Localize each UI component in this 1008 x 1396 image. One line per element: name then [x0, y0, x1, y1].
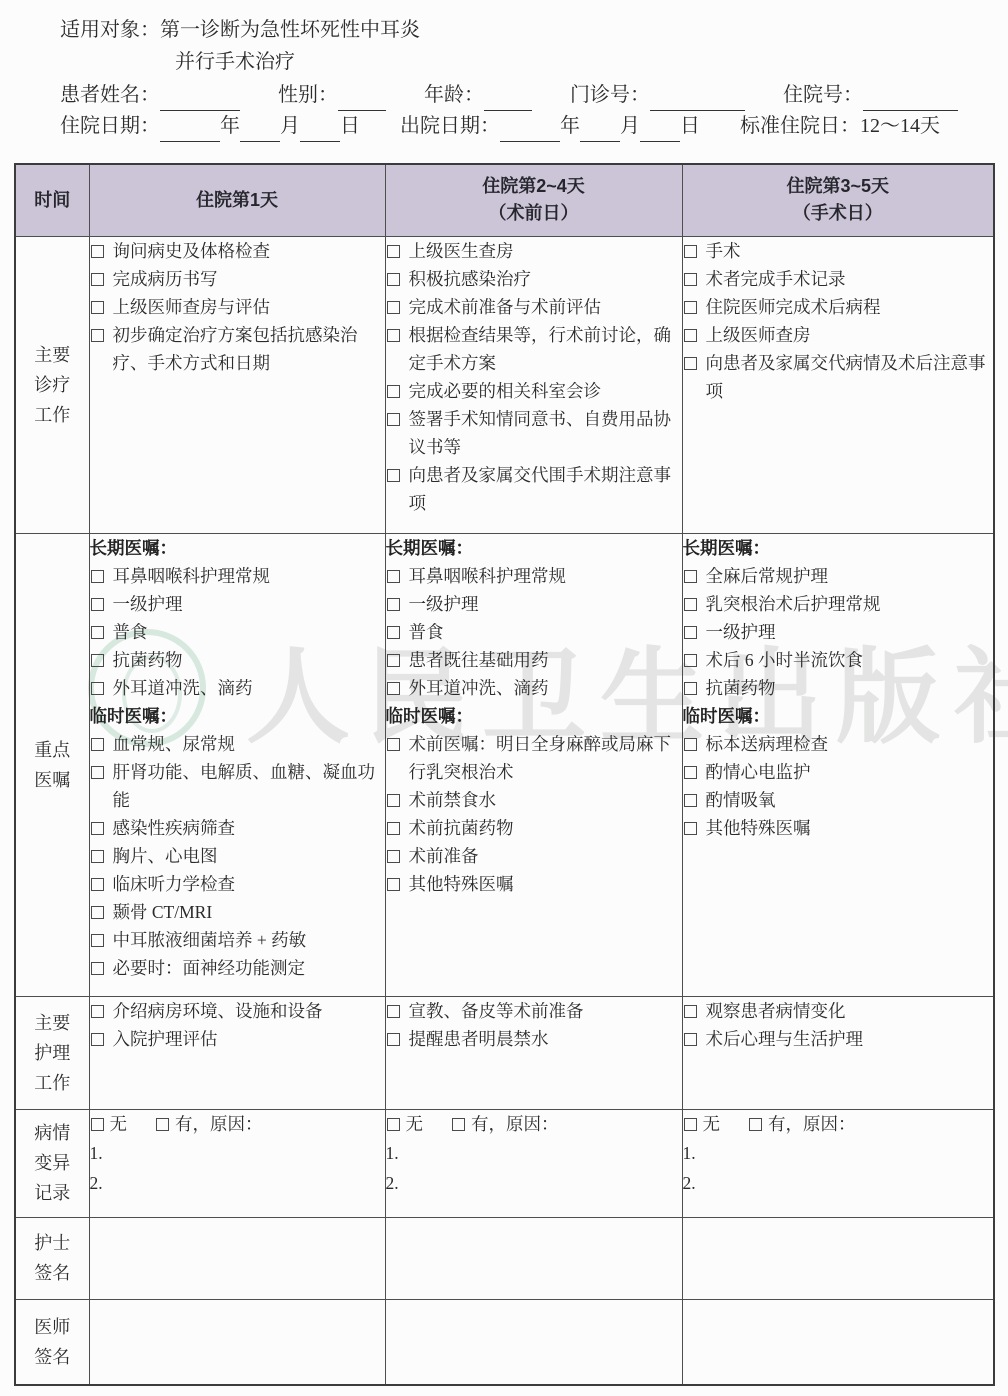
admission-number-label: 住院号：	[783, 80, 863, 111]
row-label-key-orders: 重点医嘱	[15, 533, 89, 996]
row-key-orders: 重点医嘱 长期医嘱：耳鼻咽喉科护理常规一级护理普食抗菌药物外耳道冲洗、滴药临时医…	[15, 533, 994, 996]
checklist-item: 完成病历书写	[90, 265, 385, 293]
checklist-item-label: 一级护理	[409, 590, 682, 618]
checklist-item-label: 向患者及家属交代围手术期注意事项	[409, 461, 682, 517]
checklist-item-label: 上级医师查房	[706, 321, 994, 349]
checklist-item-label: 积极抗感染治疗	[409, 265, 682, 293]
checklist-item-label: 向患者及家属交代病情及术后注意事项	[706, 349, 994, 405]
row-label-main-nursing: 主要护理工作	[15, 996, 89, 1109]
row-label-line: 签名	[16, 1342, 89, 1372]
checklist-item-label: 乳突根治术后护理常规	[706, 590, 994, 618]
checklist-item: 无	[90, 1110, 128, 1138]
row-label-line: 护士	[16, 1228, 89, 1258]
variation-options: 无有，原因：	[90, 1110, 385, 1138]
checklist-item-label: 酌情吸氧	[706, 786, 994, 814]
col-header-day1-label: 住院第1天	[90, 187, 385, 214]
row-label-line: 病情	[16, 1118, 89, 1148]
checkbox-icon	[387, 822, 400, 835]
checkbox-icon	[387, 682, 400, 695]
checkbox-icon	[684, 1033, 697, 1046]
col-header-time: 时间	[15, 164, 89, 236]
checkbox-icon	[387, 570, 400, 583]
clinic-number-field: 门诊号：	[570, 80, 745, 111]
checklist-item-label: 住院医师完成术后病程	[706, 293, 994, 321]
checklist-item-label: 临床听力学检查	[113, 870, 385, 898]
order-category-heading: 临时医嘱：	[90, 702, 385, 730]
checklist-item-label: 耳鼻咽喉科护理常规	[409, 562, 682, 590]
dates-line: 住院日期：年月日 出院日期：年月日 标准住院日：12～14天	[60, 111, 994, 142]
row-label-nurse-signature: 护士签名	[15, 1217, 89, 1299]
checklist-item-label: 术前准备	[409, 842, 682, 870]
checklist-item-label: 根据检查结果等，行术前讨论，确定手术方案	[409, 321, 682, 377]
checklist-item-label: 一级护理	[113, 590, 385, 618]
checklist-item: 有，原因：	[748, 1110, 856, 1138]
checklist-item-label: 胸片、心电图	[113, 842, 385, 870]
checklist-item-label: 宣教、备皮等术前准备	[409, 997, 682, 1025]
checklist-item: 肝肾功能、电解质、血糖、凝血功能	[90, 758, 385, 814]
row-label-line: 护理	[16, 1038, 89, 1068]
checklist-item: 耳鼻咽喉科护理常规	[90, 562, 385, 590]
patient-name-field: 患者姓名：	[60, 80, 240, 111]
checklist-item: 临床听力学检查	[90, 870, 385, 898]
checklist-item-label: 观察患者病情变化	[706, 997, 994, 1025]
cell-variation-day2-4: 无有，原因：1.2.	[385, 1109, 682, 1217]
checkbox-icon	[684, 1118, 697, 1131]
checklist-item: 上级医师查房与评估	[90, 293, 385, 321]
checklist-item-label: 必要时：面神经功能测定	[113, 954, 385, 982]
row-label-doctor-signature: 医师签名	[15, 1299, 89, 1385]
row-label-main-treatment: 主要诊疗工作	[15, 236, 89, 533]
row-label-line: 工作	[16, 400, 89, 430]
checkbox-icon	[387, 878, 400, 891]
applicable-target-line: 适用对象：第一诊断为急性坏死性中耳炎	[60, 14, 994, 46]
checklist-item: 乳突根治术后护理常规	[683, 590, 994, 618]
order-category-heading: 长期医嘱：	[90, 534, 385, 562]
checkbox-icon	[91, 934, 104, 947]
checklist-item: 术后心理与生活护理	[683, 1025, 994, 1053]
checklist-item: 无	[386, 1110, 424, 1138]
checklist-item: 介绍病房环境、设施和设备	[90, 997, 385, 1025]
row-label-variation-record: 病情变异记录	[15, 1109, 89, 1217]
checklist-item: 术前禁食水	[386, 786, 682, 814]
col-header-day3-5-sub: （手术日）	[683, 200, 994, 227]
checkbox-icon	[387, 413, 400, 426]
checklist-item: 必要时：面神经功能测定	[90, 954, 385, 982]
cell-doctor-signature-day3-5	[682, 1299, 994, 1385]
cell-variation-day3-5: 无有，原因：1.2.	[682, 1109, 994, 1217]
checkbox-icon	[387, 850, 400, 863]
checkbox-icon	[684, 273, 697, 286]
sex-label: 性别：	[278, 80, 338, 111]
cell-doctor-signature-day2-4	[385, 1299, 682, 1385]
cell-nursing-day1: 介绍病房环境、设施和设备入院护理评估	[89, 996, 385, 1109]
clinic-number-blank	[650, 87, 745, 111]
checkbox-icon	[684, 329, 697, 342]
checklist-item: 一级护理	[90, 590, 385, 618]
checklist-item-label: 入院护理评估	[113, 1025, 385, 1053]
col-header-day2-4-sub: （术前日）	[386, 200, 682, 227]
checkbox-icon	[91, 682, 104, 695]
cell-treatment-day3-5: 手术术者完成手术记录住院医师完成术后病程上级医师查房向患者及家属交代病情及术后注…	[682, 236, 994, 533]
order-category-heading: 长期医嘱：	[386, 534, 682, 562]
checklist-item: 酌情吸氧	[683, 786, 994, 814]
admission-year-blank	[160, 118, 220, 142]
checklist-item-label: 外耳道冲洗、滴药	[409, 674, 682, 702]
checklist-item: 其他特殊医嘱	[386, 870, 682, 898]
month-suffix: 月	[620, 111, 640, 142]
applicable-target-line2: 并行手术治疗	[60, 46, 994, 78]
checkbox-icon	[91, 1033, 104, 1046]
row-label-line: 诊疗	[16, 370, 89, 400]
discharge-year-blank	[500, 118, 560, 142]
cell-nursing-day3-5: 观察患者病情变化术后心理与生活护理	[682, 996, 994, 1109]
discharge-date-label: 出院日期：	[400, 111, 500, 142]
checklist-item-label: 完成病历书写	[113, 265, 385, 293]
row-main-treatment: 主要诊疗工作 询问病史及体格检查完成病历书写上级医师查房与评估初步确定治疗方案包…	[15, 236, 994, 533]
checklist-item-label: 完成术前准备与术前评估	[409, 293, 682, 321]
checkbox-icon	[91, 626, 104, 639]
checklist-item: 住院医师完成术后病程	[683, 293, 994, 321]
patient-name-label: 患者姓名：	[60, 80, 160, 111]
checklist-item-label: 提醒患者明晨禁水	[409, 1025, 682, 1053]
checklist-item-label: 无	[703, 1110, 721, 1138]
checkbox-icon	[387, 1005, 400, 1018]
checklist-item: 胸片、心电图	[90, 842, 385, 870]
checklist-item-label: 感染性疾病筛查	[113, 814, 385, 842]
clinical-pathway-table: 时间 住院第1天 住院第2~4天（术前日） 住院第3~5天（手术日） 主要诊疗工…	[14, 163, 995, 1386]
checklist-item: 上级医师查房	[683, 321, 994, 349]
checklist-item: 耳鼻咽喉科护理常规	[386, 562, 682, 590]
checkbox-icon	[387, 385, 400, 398]
checkbox-icon	[91, 1118, 104, 1131]
checklist-item-label: 抗菌药物	[113, 646, 385, 674]
checklist-item-label: 完成必要的相关科室会诊	[409, 377, 682, 405]
checklist-item: 观察患者病情变化	[683, 997, 994, 1025]
checklist-item-label: 其他特殊医嘱	[409, 870, 682, 898]
checklist-item: 颞骨 CT/MRI	[90, 898, 385, 926]
checkbox-icon	[91, 654, 104, 667]
year-suffix: 年	[220, 111, 240, 142]
admission-month-blank	[240, 118, 280, 142]
checkbox-icon	[91, 850, 104, 863]
checklist-item-label: 肝肾功能、电解质、血糖、凝血功能	[113, 758, 385, 814]
checklist-item-label: 酌情心电监护	[706, 758, 994, 786]
checklist-item-label: 抗菌药物	[706, 674, 994, 702]
checklist-item-label: 术前抗菌药物	[409, 814, 682, 842]
row-doctor-signature: 医师签名	[15, 1299, 994, 1385]
cell-orders-day3-5: 长期医嘱：全麻后常规护理乳突根治术后护理常规一级护理术后 6 小时半流饮食抗菌药…	[682, 533, 994, 996]
checklist-item-label: 无	[406, 1110, 424, 1138]
checklist-item: 术前准备	[386, 842, 682, 870]
table-header-row: 时间 住院第1天 住院第2~4天（术前日） 住院第3~5天（手术日）	[15, 164, 994, 236]
checkbox-icon	[387, 273, 400, 286]
col-header-day2-4: 住院第2~4天（术前日）	[385, 164, 682, 236]
checklist-item-label: 其他特殊医嘱	[706, 814, 994, 842]
checkbox-icon	[387, 598, 400, 611]
checklist-item-label: 上级医生查房	[409, 237, 682, 265]
row-main-nursing: 主要护理工作 介绍病房环境、设施和设备入院护理评估 宣教、备皮等术前准备提醒患者…	[15, 996, 994, 1109]
checklist-item: 抗菌药物	[90, 646, 385, 674]
checkbox-icon	[91, 301, 104, 314]
checklist-item: 术前医嘱：明日全身麻醉或局麻下行乳突根治术	[386, 730, 682, 786]
admission-date-label: 住院日期：	[60, 111, 160, 142]
checklist-item-label: 中耳脓液细菌培养 + 药敏	[113, 926, 385, 954]
checklist-item: 上级医生查房	[386, 237, 682, 265]
checklist-item: 普食	[386, 618, 682, 646]
age-blank	[484, 87, 532, 111]
checklist-item-label: 上级医师查房与评估	[113, 293, 385, 321]
checklist-item-label: 术后心理与生活护理	[706, 1025, 994, 1053]
row-nurse-signature: 护士签名	[15, 1217, 994, 1299]
col-header-day3-5: 住院第3~5天（手术日）	[682, 164, 994, 236]
checkbox-icon	[91, 766, 104, 779]
checkbox-icon	[91, 1005, 104, 1018]
checkbox-icon	[91, 906, 104, 919]
checklist-item: 血常规、尿常规	[90, 730, 385, 758]
checklist-item: 外耳道冲洗、滴药	[90, 674, 385, 702]
checklist-item: 外耳道冲洗、滴药	[386, 674, 682, 702]
checklist-item-label: 全麻后常规护理	[706, 562, 994, 590]
patient-name-blank	[160, 87, 240, 111]
checkbox-icon	[452, 1118, 465, 1131]
cell-orders-day1: 长期医嘱：耳鼻咽喉科护理常规一级护理普食抗菌药物外耳道冲洗、滴药临时医嘱：血常规…	[89, 533, 385, 996]
checklist-item-label: 普食	[113, 618, 385, 646]
checklist-item-label: 术前禁食水	[409, 786, 682, 814]
checklist-item-label: 有，原因：	[175, 1110, 263, 1138]
checklist-item-label: 无	[110, 1110, 128, 1138]
checklist-item: 术后 6 小时半流饮食	[683, 646, 994, 674]
numbered-reason-line: 1.	[90, 1138, 385, 1168]
checkbox-icon	[91, 822, 104, 835]
age-label: 年龄：	[424, 80, 484, 111]
checkbox-icon	[684, 794, 697, 807]
checklist-item: 宣教、备皮等术前准备	[386, 997, 682, 1025]
checklist-item-label: 血常规、尿常规	[113, 730, 385, 758]
checkbox-icon	[684, 766, 697, 779]
checklist-item: 初步确定治疗方案包括抗感染治疗、手术方式和日期	[90, 321, 385, 377]
cell-nurse-signature-day1	[89, 1217, 385, 1299]
checklist-item: 向患者及家属交代病情及术后注意事项	[683, 349, 994, 405]
checklist-item: 完成术前准备与术前评估	[386, 293, 682, 321]
checklist-item-label: 有，原因：	[471, 1110, 559, 1138]
checkbox-icon	[684, 245, 697, 258]
checkbox-icon	[91, 878, 104, 891]
sex-blank	[338, 87, 386, 111]
checklist-item: 患者既往基础用药	[386, 646, 682, 674]
checklist-item-label: 签署手术知情同意书、自费用品协议书等	[409, 405, 682, 461]
checkbox-icon	[684, 357, 697, 370]
year-suffix: 年	[560, 111, 580, 142]
checklist-item: 全麻后常规护理	[683, 562, 994, 590]
row-variation-record: 病情变异记录 无有，原因：1.2. 无有，原因：1.2. 无有，原因：1.2.	[15, 1109, 994, 1217]
numbered-reason-line: 1.	[386, 1138, 682, 1168]
numbered-reason-line: 2.	[683, 1168, 994, 1198]
discharge-month-blank	[580, 118, 620, 142]
checklist-item: 签署手术知情同意书、自费用品协议书等	[386, 405, 682, 461]
checkbox-icon	[91, 738, 104, 751]
day-suffix: 日	[680, 111, 700, 142]
checklist-item-label: 外耳道冲洗、滴药	[113, 674, 385, 702]
variation-options: 无有，原因：	[683, 1110, 994, 1138]
checklist-item-label: 一级护理	[706, 618, 994, 646]
row-label-line: 医嘱	[16, 765, 89, 795]
checkbox-icon	[387, 738, 400, 751]
discharge-date-field: 出院日期：年月日	[400, 111, 700, 142]
checklist-item-label: 患者既往基础用药	[409, 646, 682, 674]
checkbox-icon	[684, 301, 697, 314]
checklist-item-label: 耳鼻咽喉科护理常规	[113, 562, 385, 590]
row-label-line: 签名	[16, 1258, 89, 1288]
row-label-line: 记录	[16, 1178, 89, 1208]
checklist-item: 无	[683, 1110, 721, 1138]
patient-info-line: 患者姓名： 性别： 年龄： 门诊号： 住院号：	[60, 80, 994, 111]
checklist-item-label: 介绍病房环境、设施和设备	[113, 997, 385, 1025]
cell-nurse-signature-day3-5	[682, 1217, 994, 1299]
numbered-reason-line: 2.	[90, 1168, 385, 1198]
order-category-heading: 临时医嘱：	[683, 702, 994, 730]
checklist-item: 感染性疾病筛查	[90, 814, 385, 842]
col-header-day2-4-label: 住院第2~4天	[386, 173, 682, 200]
checklist-item-label: 颞骨 CT/MRI	[113, 898, 385, 926]
checkbox-icon	[91, 570, 104, 583]
checkbox-icon	[684, 654, 697, 667]
checkbox-icon	[387, 654, 400, 667]
admission-day-blank	[300, 118, 340, 142]
checkbox-icon	[684, 570, 697, 583]
cell-variation-day1: 无有，原因：1.2.	[89, 1109, 385, 1217]
checkbox-icon	[684, 822, 697, 835]
checkbox-icon	[387, 794, 400, 807]
variation-options: 无有，原因：	[386, 1110, 682, 1138]
day-suffix: 日	[340, 111, 360, 142]
checklist-item: 有，原因：	[451, 1110, 559, 1138]
cell-orders-day2-4: 长期医嘱：耳鼻咽喉科护理常规一级护理普食患者既往基础用药外耳道冲洗、滴药临时医嘱…	[385, 533, 682, 996]
checkbox-icon	[684, 738, 697, 751]
checkbox-icon	[387, 245, 400, 258]
checklist-item: 完成必要的相关科室会诊	[386, 377, 682, 405]
checkbox-icon	[387, 1033, 400, 1046]
checkbox-icon	[684, 598, 697, 611]
checkbox-icon	[387, 1118, 400, 1131]
row-label-line: 变异	[16, 1148, 89, 1178]
checklist-item: 入院护理评估	[90, 1025, 385, 1053]
checklist-item-label: 术后 6 小时半流饮食	[706, 646, 994, 674]
discharge-day-blank	[640, 118, 680, 142]
checklist-item: 积极抗感染治疗	[386, 265, 682, 293]
checkbox-icon	[91, 273, 104, 286]
row-label-line: 工作	[16, 1068, 89, 1098]
cell-doctor-signature-day1	[89, 1299, 385, 1385]
checkbox-icon	[749, 1118, 762, 1131]
cell-treatment-day1: 询问病史及体格检查完成病历书写上级医师查房与评估初步确定治疗方案包括抗感染治疗、…	[89, 236, 385, 533]
checkbox-icon	[387, 301, 400, 314]
checklist-item: 手术	[683, 237, 994, 265]
cell-nurse-signature-day2-4	[385, 1217, 682, 1299]
order-category-heading: 临时医嘱：	[386, 702, 682, 730]
admission-date-field: 住院日期：年月日	[60, 111, 360, 142]
row-label-line: 医师	[16, 1312, 89, 1342]
row-label-line: 主要	[16, 1008, 89, 1038]
checklist-item-label: 标本送病理检查	[706, 730, 994, 758]
admission-number-blank	[863, 87, 958, 111]
checklist-item: 一级护理	[386, 590, 682, 618]
checklist-item: 其他特殊医嘱	[683, 814, 994, 842]
checklist-item: 术前抗菌药物	[386, 814, 682, 842]
checkbox-icon	[684, 1005, 697, 1018]
checkbox-icon	[91, 329, 104, 342]
checklist-item-label: 术者完成手术记录	[706, 265, 994, 293]
checklist-item-label: 有，原因：	[768, 1110, 856, 1138]
checklist-item: 一级护理	[683, 618, 994, 646]
checklist-item: 酌情心电监护	[683, 758, 994, 786]
checklist-item-label: 询问病史及体格检查	[113, 237, 385, 265]
checkbox-icon	[387, 469, 400, 482]
checkbox-icon	[684, 682, 697, 695]
row-label-line: 重点	[16, 735, 89, 765]
age-field: 年龄：	[424, 80, 532, 111]
numbered-reason-line: 2.	[386, 1168, 682, 1198]
checkbox-icon	[156, 1118, 169, 1131]
cell-treatment-day2-4: 上级医生查房积极抗感染治疗完成术前准备与术前评估根据检查结果等，行术前讨论，确定…	[385, 236, 682, 533]
checklist-item-label: 初步确定治疗方案包括抗感染治疗、手术方式和日期	[113, 321, 385, 377]
order-category-heading: 长期医嘱：	[683, 534, 994, 562]
checkbox-icon	[684, 626, 697, 639]
col-header-day1: 住院第1天	[89, 164, 385, 236]
checklist-item: 普食	[90, 618, 385, 646]
document-header: 适用对象：第一诊断为急性坏死性中耳炎 并行手术治疗 患者姓名： 性别： 年龄： …	[60, 14, 994, 142]
checkbox-icon	[387, 626, 400, 639]
checklist-item: 根据检查结果等，行术前讨论，确定手术方案	[386, 321, 682, 377]
checklist-item-label: 术前医嘱：明日全身麻醉或局麻下行乳突根治术	[409, 730, 682, 786]
checklist-item: 中耳脓液细菌培养 + 药敏	[90, 926, 385, 954]
checklist-item: 询问病史及体格检查	[90, 237, 385, 265]
col-header-time-label: 时间	[16, 187, 89, 214]
checkbox-icon	[387, 329, 400, 342]
checklist-item: 提醒患者明晨禁水	[386, 1025, 682, 1053]
checklist-item: 向患者及家属交代围手术期注意事项	[386, 461, 682, 517]
col-header-day3-5-label: 住院第3~5天	[683, 173, 994, 200]
checklist-item: 标本送病理检查	[683, 730, 994, 758]
checkbox-icon	[91, 245, 104, 258]
checkbox-icon	[91, 962, 104, 975]
checkbox-icon	[91, 598, 104, 611]
sex-field: 性别：	[278, 80, 386, 111]
month-suffix: 月	[280, 111, 300, 142]
checklist-item-label: 普食	[409, 618, 682, 646]
checklist-item: 有，原因：	[155, 1110, 263, 1138]
standard-stay-field: 标准住院日：12～14天	[740, 111, 940, 142]
clinic-number-label: 门诊号：	[570, 80, 650, 111]
checklist-item: 抗菌药物	[683, 674, 994, 702]
checklist-item: 术者完成手术记录	[683, 265, 994, 293]
admission-number-field: 住院号：	[783, 80, 958, 111]
numbered-reason-line: 1.	[683, 1138, 994, 1168]
checklist-item-label: 手术	[706, 237, 994, 265]
cell-nursing-day2-4: 宣教、备皮等术前准备提醒患者明晨禁水	[385, 996, 682, 1109]
row-label-line: 主要	[16, 340, 89, 370]
